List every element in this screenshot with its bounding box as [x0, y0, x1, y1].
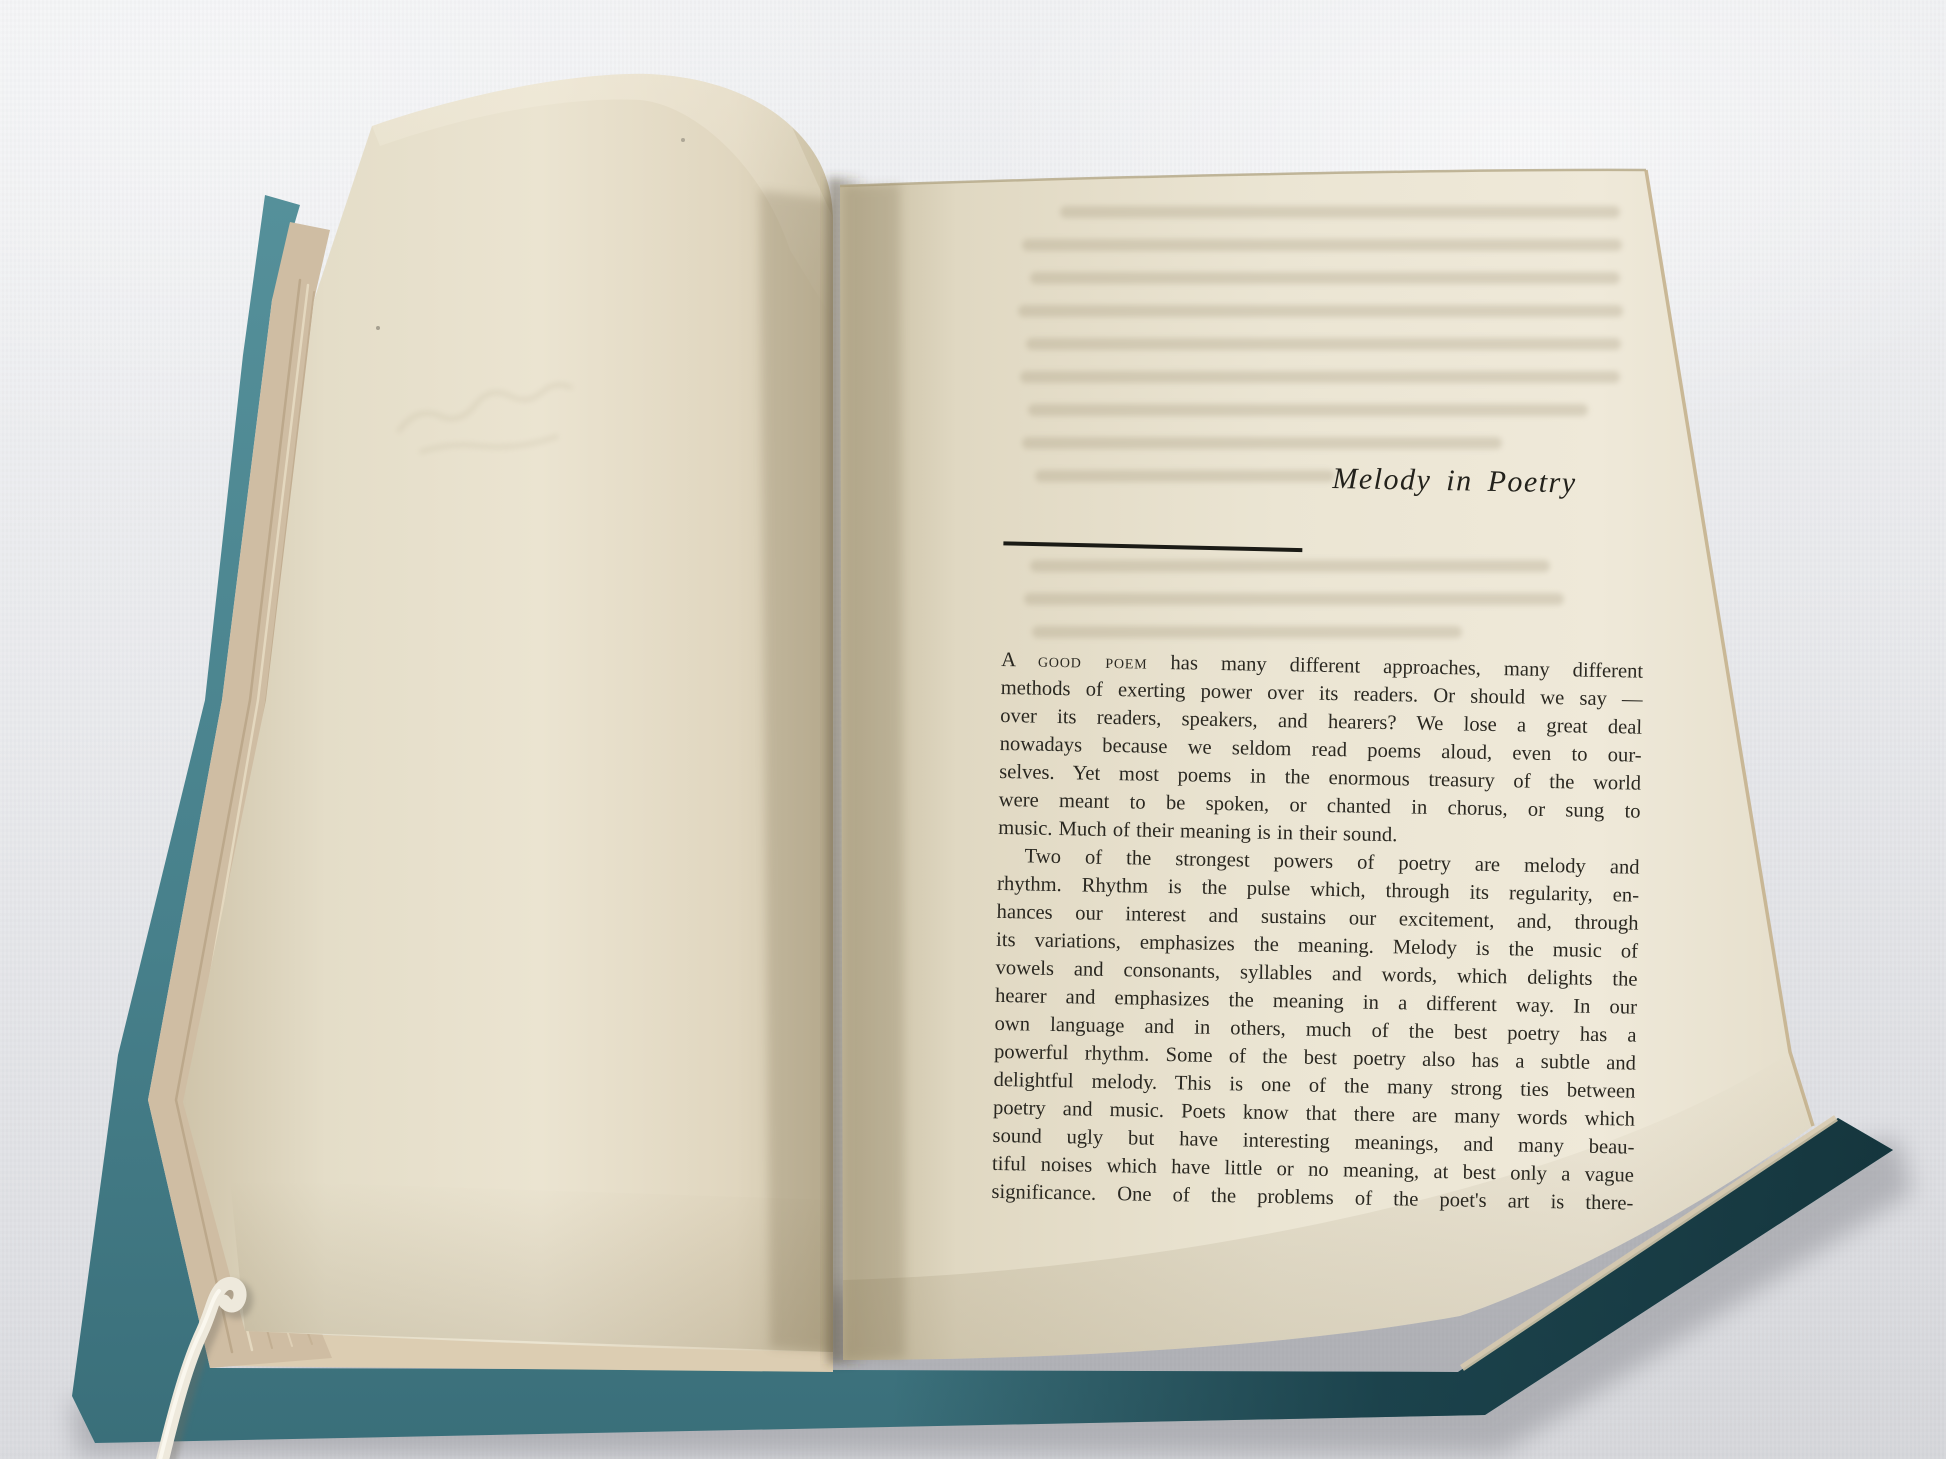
right-page-gutter-shade	[843, 184, 905, 1360]
left-page-gutter-shadow	[760, 190, 833, 1352]
open-book-photo	[0, 0, 1946, 1459]
paragraph-1: A good poem has many different approache…	[998, 646, 1643, 854]
paragraph-2: Two of the strongest powers of poetry ar…	[991, 842, 1640, 1218]
section-rule	[1003, 541, 1302, 551]
body-text: A good poem has many different approache…	[991, 646, 1643, 1218]
dust-speck	[376, 326, 380, 330]
right-page-content: Melody in Poetry A good poem has many di…	[991, 456, 1647, 1228]
opening-smallcaps: good poem	[1038, 650, 1148, 674]
opening-capital: A	[1001, 649, 1038, 672]
photo-scene: Melody in Poetry A good poem has many di…	[0, 0, 1946, 1459]
dust-speck	[681, 138, 685, 142]
left-page-bottom-shade	[230, 1180, 833, 1352]
